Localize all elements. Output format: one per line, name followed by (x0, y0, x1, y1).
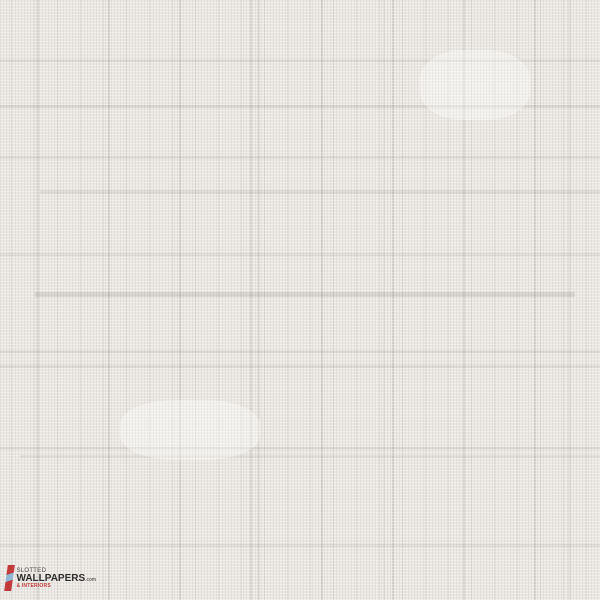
weave-streak (20, 455, 600, 458)
wallpaper-texture: SLOTTED WALLPAPERS.com & INTERIORS (0, 0, 600, 600)
weave-streak (568, 0, 571, 600)
light-patch (120, 400, 260, 460)
light-patch (420, 50, 530, 120)
weave-streak (40, 190, 600, 194)
watermark-logo: SLOTTED WALLPAPERS.com & INTERIORS (6, 564, 96, 592)
weave-streak (35, 292, 575, 297)
weave-streak (0, 365, 600, 368)
logo-tagline: & INTERIORS (16, 584, 96, 589)
weave-streak (383, 0, 385, 600)
weave-streak (257, 0, 260, 600)
logo-main-text: WALLPAPERS.com (16, 574, 96, 584)
logo-mark-icon (4, 565, 15, 591)
